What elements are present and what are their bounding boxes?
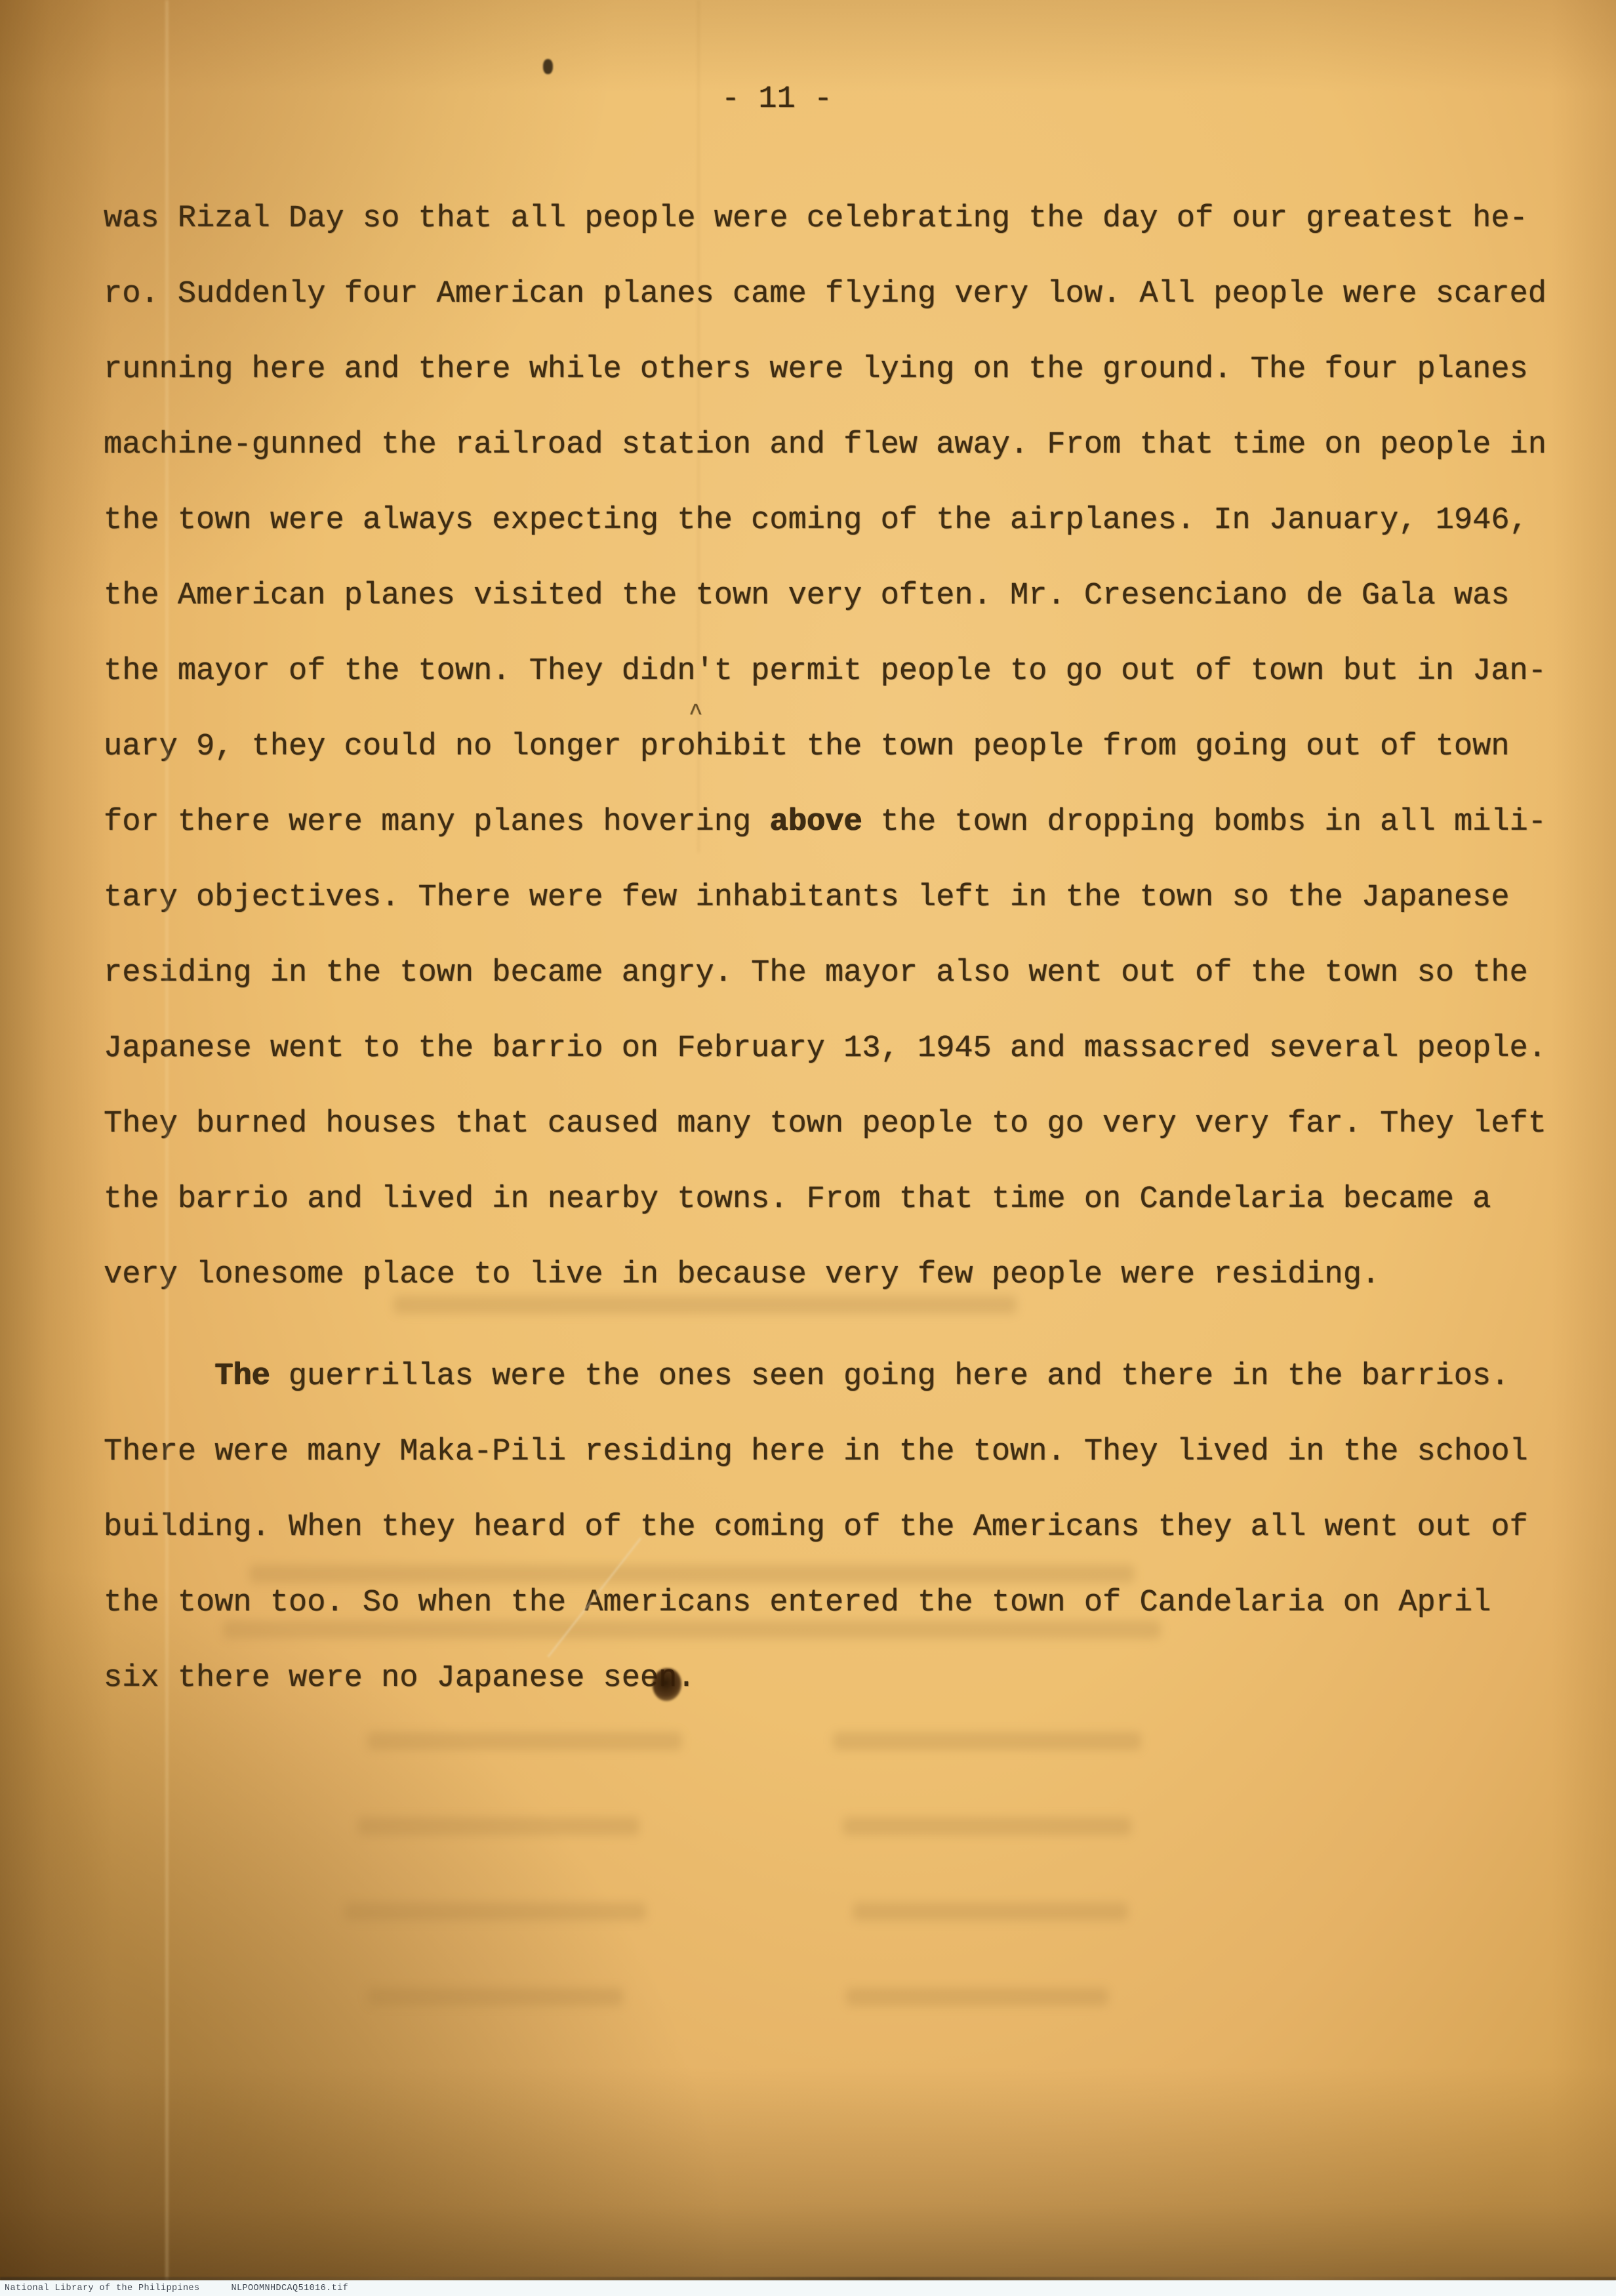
- bleedthrough-mark: [394, 1296, 1017, 1314]
- scan-footer-bar: National Library of the Philippines NLPO…: [0, 2280, 1616, 2296]
- bleedthrough-mark: [249, 1565, 1135, 1583]
- typed-line: They burned houses that caused many town…: [104, 1107, 1546, 1141]
- typed-line: the mayor of the town. They didn't permi…: [104, 655, 1546, 689]
- typed-text-segment: for there were many planes hovering: [104, 805, 769, 840]
- page-number: - 11 -: [721, 83, 832, 117]
- bleedthrough-mark: [367, 1988, 623, 2006]
- typed-line: the town were always expecting the comin…: [104, 504, 1528, 538]
- typed-line: very lonesome place to live in because v…: [104, 1258, 1380, 1292]
- typed-line: the barrio and lived in nearby towns. Fr…: [104, 1183, 1491, 1217]
- typed-line: Japanese went to the barrio on February …: [104, 1032, 1546, 1066]
- scan-filename: NLPOOMNHDCAQ51016.tif: [232, 2284, 349, 2293]
- typed-line: running here and there while others were…: [104, 353, 1528, 387]
- typed-line: residing in the town became angry. The m…: [104, 956, 1528, 991]
- overstruck-word: The: [214, 1359, 270, 1394]
- bleedthrough-mark: [846, 1988, 1108, 2006]
- typed-line: ro. Suddenly four American planes came f…: [104, 277, 1546, 312]
- bleedthrough-mark: [843, 1817, 1131, 1835]
- library-name: National Library of the Philippines: [5, 2284, 200, 2293]
- ink-speck: [543, 59, 553, 74]
- bleedthrough-mark: [853, 1902, 1128, 1921]
- typed-line: six there were no Japanese seen.: [104, 1662, 696, 1696]
- typed-line: the American planes visited the town ver…: [104, 579, 1510, 613]
- typed-line: machine-gunned the railroad station and …: [104, 428, 1546, 462]
- ink-blot: [653, 1668, 681, 1701]
- paper-crease: [166, 0, 168, 2280]
- typed-text-segment: guerrillas were the ones seen going here…: [270, 1359, 1510, 1394]
- typed-line: There were many Maka-Pili residing here …: [104, 1435, 1528, 1469]
- scanned-document-page: - 11 - was Rizal Day so that all people …: [0, 0, 1616, 2296]
- typed-text-segment: the town dropping bombs in all mili-: [862, 805, 1546, 840]
- typed-line: the town too. So when the Americans ente…: [104, 1586, 1491, 1620]
- bleedthrough-mark: [833, 1732, 1141, 1750]
- bleedthrough-mark: [223, 1620, 1161, 1639]
- typed-line: was Rizal Day so that all people were ce…: [104, 202, 1528, 236]
- bleedthrough-mark: [344, 1902, 646, 1921]
- typed-line: for there were many planes hovering abov…: [104, 806, 1546, 840]
- typed-line: The guerrillas were the ones seen going …: [104, 1360, 1509, 1394]
- bleedthrough-mark: [357, 1817, 639, 1835]
- caret-insertion-mark: ^: [689, 697, 703, 731]
- typed-line: building. When they heard of the coming …: [104, 1511, 1528, 1545]
- bleedthrough-mark: [367, 1732, 682, 1750]
- typed-line: tary objectives. There were few inhabita…: [104, 881, 1510, 915]
- overstruck-word: above: [769, 805, 862, 840]
- typed-line: uary 9, they could no longer prohibit th…: [104, 730, 1510, 764]
- paper-crease: [698, 0, 699, 853]
